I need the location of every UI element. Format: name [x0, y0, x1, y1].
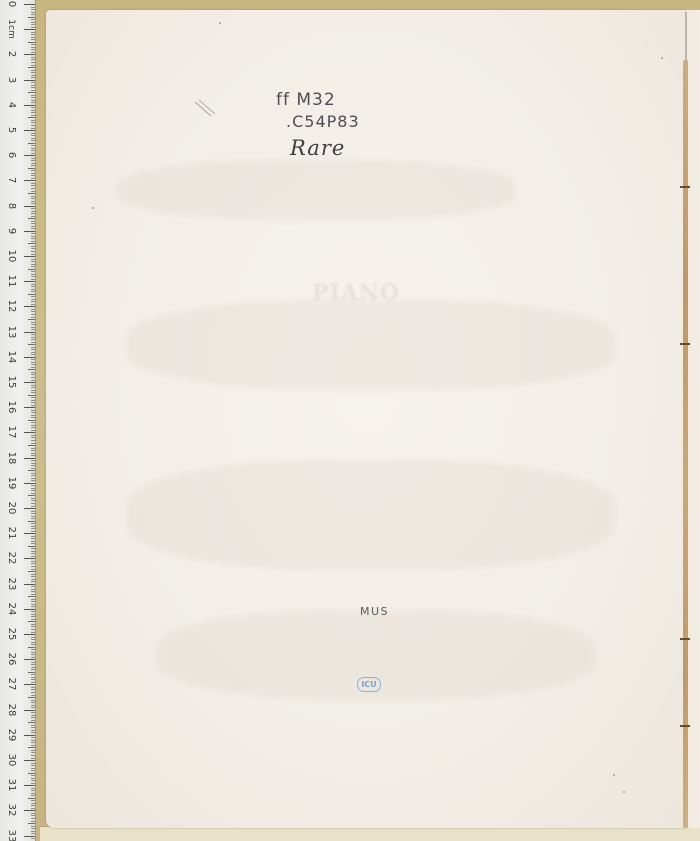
ruler-tick — [28, 596, 35, 597]
ruler-tick — [28, 218, 35, 219]
ruler-tick — [31, 196, 35, 197]
ruler-tick — [31, 576, 35, 577]
ruler-label: 2 — [6, 45, 16, 63]
ruler-tick — [31, 246, 35, 247]
ruler-tick — [31, 662, 35, 663]
ruler-label: 30 — [6, 751, 16, 769]
ruler-tick — [31, 314, 35, 315]
ruler-tick — [24, 407, 35, 408]
ruler-tick — [31, 329, 35, 330]
ruler-tick — [24, 760, 35, 761]
ruler-tick — [31, 125, 35, 126]
ruler-tick — [24, 382, 35, 383]
ruler-tick — [31, 604, 35, 605]
bleed-through-publisher-band — [126, 460, 616, 570]
ruler-tick — [31, 758, 35, 759]
ruler-tick — [31, 208, 35, 209]
ruler-tick — [31, 813, 35, 814]
ruler-tick — [31, 455, 35, 456]
ruler-tick — [24, 306, 35, 307]
ruler-tick — [31, 740, 35, 741]
ruler-tick — [31, 687, 35, 688]
ruler-tick — [31, 700, 35, 701]
ruler-label: 29 — [6, 726, 16, 744]
ruler-tick — [31, 770, 35, 771]
ruler-tick — [31, 712, 35, 713]
ruler-tick — [31, 22, 35, 23]
ruler-tick — [31, 790, 35, 791]
ruler-tick — [31, 624, 35, 625]
ruler-tick — [24, 231, 35, 232]
ruler-tick — [31, 173, 35, 174]
ruler-tick — [31, 87, 35, 88]
ruler-tick — [31, 826, 35, 827]
ruler-tick — [31, 390, 35, 391]
ruler-label: 24 — [6, 600, 16, 618]
ruler-tick — [24, 634, 35, 635]
ruler-tick — [31, 828, 35, 829]
ruler-tick — [24, 609, 35, 610]
ruler-tick — [31, 62, 35, 63]
ruler-tick — [31, 82, 35, 83]
ruler-tick — [31, 783, 35, 784]
ruler-tick — [31, 397, 35, 398]
ruler-tick — [31, 511, 35, 512]
ruler-tick — [28, 395, 35, 396]
ruler-tick — [24, 332, 35, 333]
rare-note: Rare — [290, 136, 345, 160]
ruler-tick — [31, 808, 35, 809]
ruler-label: 31 — [6, 776, 16, 794]
ruler-tick — [24, 710, 35, 711]
ruler-tick — [31, 689, 35, 690]
ruler-label: 3 — [6, 71, 16, 89]
ruler-tick — [28, 747, 35, 748]
ruler-tick — [31, 233, 35, 234]
ruler-tick — [31, 203, 35, 204]
ruler-tick — [31, 175, 35, 176]
ruler-tick — [31, 556, 35, 557]
ruler-tick — [31, 788, 35, 789]
ruler-tick — [31, 342, 35, 343]
ruler-tick — [28, 92, 35, 93]
ruler-tick — [31, 120, 35, 121]
ruler-tick — [31, 19, 35, 20]
ruler-tick — [31, 440, 35, 441]
ruler-tick — [31, 679, 35, 680]
ruler-tick — [24, 357, 35, 358]
ruler-tick — [31, 44, 35, 45]
stitch-mark — [680, 186, 690, 188]
ruler-tick — [31, 516, 35, 517]
ruler-tick — [24, 533, 35, 534]
ruler-tick — [31, 32, 35, 33]
ruler-tick — [31, 480, 35, 481]
ruler-tick — [31, 478, 35, 479]
ruler-tick — [31, 589, 35, 590]
ruler-tick — [28, 722, 35, 723]
ruler-tick — [31, 309, 35, 310]
ruler-label: 11 — [6, 272, 16, 290]
ruler-tick — [24, 458, 35, 459]
ruler-tick — [31, 475, 35, 476]
ruler-tick — [31, 148, 35, 149]
ruler-tick — [31, 705, 35, 706]
ruler-tick — [31, 657, 35, 658]
ruler-tick — [31, 581, 35, 582]
ruler-tick — [24, 29, 35, 30]
ruler-tick — [31, 616, 35, 617]
ruler-tick — [31, 606, 35, 607]
ruler-tick — [28, 344, 35, 345]
ruler-tick — [31, 274, 35, 275]
ruler-tick — [24, 684, 35, 685]
ruler-tick — [28, 697, 35, 698]
ruler-tick — [31, 755, 35, 756]
ruler-tick — [31, 352, 35, 353]
ruler-tick — [31, 473, 35, 474]
ruler-tick — [31, 191, 35, 192]
ruler-tick — [28, 621, 35, 622]
ruler-label: 13 — [6, 323, 16, 341]
ruler-tick — [31, 626, 35, 627]
ruler-tick — [31, 417, 35, 418]
ruler-tick — [24, 432, 35, 433]
ruler-label: 8 — [6, 197, 16, 215]
ruler-tick — [31, 107, 35, 108]
ruler-label: 32 — [6, 801, 16, 819]
ruler-tick — [24, 206, 35, 207]
ruler-tick — [24, 54, 35, 55]
ruler-tick — [31, 778, 35, 779]
ruler-tick — [31, 574, 35, 575]
ruler-tick — [31, 443, 35, 444]
ruler-tick — [31, 742, 35, 743]
ruler-tick — [31, 677, 35, 678]
ruler-tick — [31, 77, 35, 78]
ruler-tick — [31, 153, 35, 154]
ruler-tick — [31, 838, 35, 839]
ruler-tick — [31, 354, 35, 355]
ruler-tick — [31, 223, 35, 224]
ruler-tick — [31, 425, 35, 426]
ruler-tick — [31, 100, 35, 101]
bleed-through-header-band — [116, 160, 516, 220]
ruler-tick — [31, 536, 35, 537]
ruler-tick — [31, 291, 35, 292]
ruler-tick — [31, 271, 35, 272]
ruler-tick — [31, 178, 35, 179]
ruler-label: 1cm — [6, 16, 16, 42]
ruler-tick — [28, 445, 35, 446]
ruler-tick — [28, 168, 35, 169]
ruler-tick — [31, 579, 35, 580]
call-number-line-1: ff M32 — [276, 90, 336, 110]
ruler-label: 20 — [6, 499, 16, 517]
ruler-tick — [28, 193, 35, 194]
ruler-tick — [31, 367, 35, 368]
ruler-tick — [24, 735, 35, 736]
ruler-label: 33 — [6, 827, 16, 841]
ruler-tick — [31, 410, 35, 411]
ruler-tick — [31, 299, 35, 300]
ruler-tick — [31, 833, 35, 834]
ruler-label: 5 — [6, 121, 16, 139]
ruler-tick — [31, 800, 35, 801]
ruler-tick — [31, 392, 35, 393]
ruler-label: 27 — [6, 675, 16, 693]
ruler-tick — [31, 34, 35, 35]
paper-speck — [219, 22, 221, 24]
ruler-tick — [31, 349, 35, 350]
ruler-tick — [28, 773, 35, 774]
ruler-tick — [31, 437, 35, 438]
ruler-label: 12 — [6, 297, 16, 315]
ruler-tick — [28, 369, 35, 370]
ruler-tick — [31, 750, 35, 751]
ruler-tick — [24, 180, 35, 181]
ruler-tick — [31, 145, 35, 146]
ruler-tick — [31, 538, 35, 539]
ruler-tick — [31, 322, 35, 323]
ruler-tick — [31, 468, 35, 469]
ruler-tick — [31, 594, 35, 595]
ruler-tick — [31, 12, 35, 13]
ruler-tick — [31, 254, 35, 255]
ruler-tick — [31, 27, 35, 28]
ruler-tick — [31, 377, 35, 378]
ruler-tick — [31, 85, 35, 86]
ruler-tick — [31, 47, 35, 48]
ruler-label: 28 — [6, 701, 16, 719]
ruler-label: 19 — [6, 474, 16, 492]
pencil-marks — [191, 98, 217, 120]
ruler-tick — [31, 695, 35, 696]
ruler-tick — [28, 319, 35, 320]
ruler-tick — [31, 122, 35, 123]
paper-speck — [623, 791, 625, 793]
ruler-tick — [31, 528, 35, 529]
ruler-tick — [31, 707, 35, 708]
ruler-tick — [31, 692, 35, 693]
ruler-tick — [31, 448, 35, 449]
ruler-label: 21 — [6, 524, 16, 542]
ruler-tick — [31, 183, 35, 184]
ruler-tick — [28, 546, 35, 547]
ruler-tick — [31, 614, 35, 615]
ruler-tick — [31, 763, 35, 764]
ruler-tick — [31, 14, 35, 15]
ruler-tick — [31, 112, 35, 113]
ruler-tick — [31, 39, 35, 40]
ruler-tick — [31, 430, 35, 431]
ruler-tick — [31, 128, 35, 129]
binding-edge-top — [685, 12, 687, 62]
ruler-tick — [31, 261, 35, 262]
ruler-tick — [31, 485, 35, 486]
ruler-tick — [24, 4, 35, 5]
ruler-tick — [24, 256, 35, 257]
ruler-tick — [31, 652, 35, 653]
ruler-tick — [31, 400, 35, 401]
ruler-tick — [31, 279, 35, 280]
ruler-tick — [28, 243, 35, 244]
ruler-tick — [28, 143, 35, 144]
ruler-tick — [31, 150, 35, 151]
ruler-tick — [31, 775, 35, 776]
ruler-tick — [31, 611, 35, 612]
ruler-label: 4 — [6, 96, 16, 114]
ruler-tick — [31, 526, 35, 527]
ruler-tick — [31, 654, 35, 655]
ruler-tick — [31, 138, 35, 139]
ruler-tick — [31, 296, 35, 297]
folder-board-bottom-edge — [40, 826, 700, 841]
ruler-tick — [31, 727, 35, 728]
ruler-tick — [31, 737, 35, 738]
ruler-tick — [31, 815, 35, 816]
ruler-tick — [24, 558, 35, 559]
ruler-tick — [31, 715, 35, 716]
ruler-tick — [31, 286, 35, 287]
ruler-tick — [31, 453, 35, 454]
ruler-tick — [31, 795, 35, 796]
ruler-tick — [31, 490, 35, 491]
ruler-tick — [24, 785, 35, 786]
ruler-tick — [31, 236, 35, 237]
ruler-tick — [31, 566, 35, 567]
ruler-tick — [31, 241, 35, 242]
ruler-tick — [31, 251, 35, 252]
ruler-tick — [28, 798, 35, 799]
ruler-tick — [31, 110, 35, 111]
ruler-tick — [31, 140, 35, 141]
ruler-tick — [31, 498, 35, 499]
ruler-tick — [31, 264, 35, 265]
ruler-tick — [31, 304, 35, 305]
ruler-tick — [31, 768, 35, 769]
ruler-tick — [31, 591, 35, 592]
stitch-mark — [680, 638, 690, 640]
ruler-tick — [28, 672, 35, 673]
collection-mark: MUS — [360, 605, 389, 618]
ruler-tick — [31, 702, 35, 703]
ruler-tick — [31, 65, 35, 66]
ruler-tick — [31, 75, 35, 76]
binding-stain — [683, 60, 688, 828]
ruler-tick — [31, 752, 35, 753]
ruler-tick — [31, 90, 35, 91]
ruler-tick — [31, 644, 35, 645]
measurement-ruler: 01cm234567891011121314151617181920212223… — [0, 0, 36, 841]
ruler-tick — [31, 216, 35, 217]
ruler-tick — [31, 460, 35, 461]
ruler-tick — [31, 831, 35, 832]
ruler-tick — [31, 334, 35, 335]
ruler-tick — [31, 201, 35, 202]
ruler-tick — [31, 664, 35, 665]
ruler-tick — [31, 682, 35, 683]
ruler-tick — [31, 266, 35, 267]
ruler-tick — [28, 571, 35, 572]
ruler-label: 16 — [6, 398, 16, 416]
ruler-tick — [31, 405, 35, 406]
library-stamp: ICU — [357, 677, 381, 692]
ruler-tick — [31, 228, 35, 229]
ruler-tick — [31, 765, 35, 766]
bleed-through-title-band — [126, 300, 616, 390]
ruler-tick — [31, 450, 35, 451]
ruler-tick — [24, 130, 35, 131]
ruler-tick — [24, 810, 35, 811]
ruler-tick — [31, 324, 35, 325]
ruler-tick — [31, 188, 35, 189]
call-number-line-2: .C54P83 — [286, 112, 360, 131]
ruler-tick — [31, 311, 35, 312]
ruler-tick — [31, 213, 35, 214]
ruler-tick — [31, 561, 35, 562]
ruler-tick — [31, 70, 35, 71]
ruler-tick — [31, 37, 35, 38]
ruler-label: 23 — [6, 575, 16, 593]
ruler-tick — [31, 674, 35, 675]
ruler-tick — [31, 821, 35, 822]
ruler-tick — [31, 649, 35, 650]
ruler-tick — [28, 823, 35, 824]
ruler-tick — [31, 548, 35, 549]
ruler-tick — [31, 364, 35, 365]
ruler-tick — [31, 415, 35, 416]
ruler-tick — [31, 158, 35, 159]
ruler-tick — [24, 281, 35, 282]
ruler-tick — [31, 276, 35, 277]
ruler-tick — [31, 629, 35, 630]
ruler-tick — [31, 553, 35, 554]
ruler-tick — [31, 359, 35, 360]
ruler-tick — [31, 289, 35, 290]
ruler-tick — [31, 160, 35, 161]
paper-speck — [92, 207, 94, 209]
ruler-label: 7 — [6, 171, 16, 189]
ruler-tick — [28, 42, 35, 43]
ruler-tick — [31, 563, 35, 564]
ruler-label: 17 — [6, 423, 16, 441]
ruler-tick — [31, 135, 35, 136]
ruler-tick — [31, 551, 35, 552]
ruler-tick — [31, 372, 35, 373]
ruler-tick — [31, 385, 35, 386]
ruler-tick — [31, 185, 35, 186]
ruler-tick — [31, 488, 35, 489]
next-page-edge — [686, 10, 700, 828]
bleed-through-title: PIANO — [276, 280, 436, 306]
ruler-tick — [31, 531, 35, 532]
ruler-label: 25 — [6, 625, 16, 643]
ruler-tick — [31, 49, 35, 50]
ruler-tick — [31, 339, 35, 340]
ruler-tick — [31, 163, 35, 164]
ruler-tick — [31, 543, 35, 544]
ruler-tick — [31, 523, 35, 524]
ruler-tick — [31, 805, 35, 806]
ruler-tick — [24, 836, 35, 837]
ruler-tick — [31, 632, 35, 633]
ruler-tick — [31, 24, 35, 25]
ruler-tick — [31, 347, 35, 348]
ruler-tick — [31, 102, 35, 103]
ruler-tick — [31, 317, 35, 318]
stitch-mark — [680, 343, 690, 345]
